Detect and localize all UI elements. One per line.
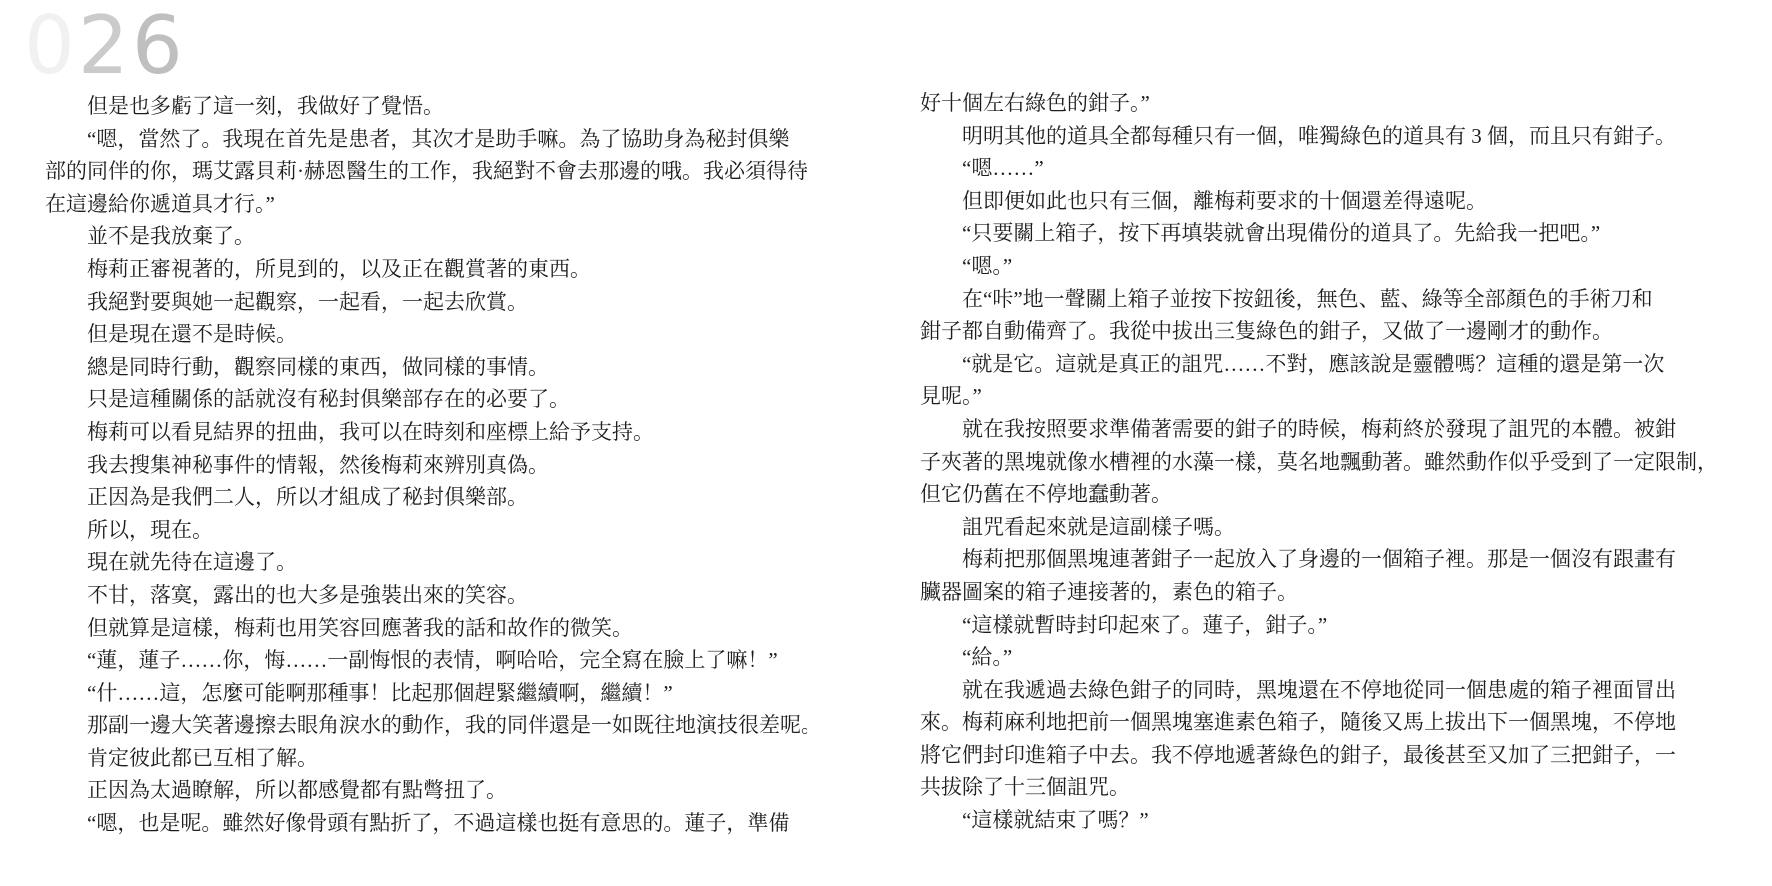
text-line: “蓮，蓮子……你，悔……一副悔恨的表情，啊哈哈，完全寫在臉上了嘛！” <box>45 644 807 677</box>
text-line: 不甘，落寞，露出的也大多是強裝出來的笑容。 <box>45 579 807 612</box>
text-line: “嗯。” <box>920 250 1720 283</box>
text-line: 梅莉正審視著的，所見到的，以及正在觀賞著的東西。 <box>45 253 807 286</box>
text-line: 來。梅莉麻利地把前一個黑塊塞進素色箱子，隨後又馬上拔出下一個黑塊，不停地 <box>920 706 1720 739</box>
text-line: 那副一邊大笑著邊擦去眼角淚水的動作，我的同伴還是一如既往地演技很差呢。 <box>45 709 807 742</box>
text-line: “這樣就暫時封印起來了。蓮子，鉗子。” <box>920 609 1720 642</box>
text-line: 就在我遞過去綠色鉗子的同時，黑塊還在不停地從同一個患處的箱子裡面冒出 <box>920 674 1720 707</box>
page-number-digit: 6 <box>132 0 186 92</box>
text-line: 梅莉可以看見結界的扭曲，我可以在時刻和座標上給予支持。 <box>45 416 807 449</box>
text-line: 將它們封印進箱子中去。我不停地遞著綠色的鉗子，最後甚至又加了三把鉗子，一 <box>920 739 1720 772</box>
text-line: 好十個左右綠色的鉗子。” <box>920 87 1720 120</box>
text-line: 在這邊給你遞道具才行。” <box>45 188 807 221</box>
text-line: “這樣就結束了嗎？” <box>920 804 1720 837</box>
text-line: “嗯……” <box>920 152 1720 185</box>
left-page: 但是也多虧了這一刻，我做好了覺悟。“嗯，當然了。我現在首先是患者，其次才是助手嘛… <box>45 90 807 840</box>
text-line: 現在就先待在這邊了。 <box>45 546 807 579</box>
text-line: 總是同時行動，觀察同樣的東西，做同樣的事情。 <box>45 351 807 384</box>
text-line: 並不是我放棄了。 <box>45 220 807 253</box>
text-line: 但是也多虧了這一刻，我做好了覺悟。 <box>45 90 807 123</box>
text-line: 在“咔”地一聲關上箱子並按下按鈕後，無色、藍、綠等全部顏色的手術刀和 <box>920 283 1720 316</box>
text-line: 但它仍舊在不停地蠢動著。 <box>920 478 1720 511</box>
text-line: 見呢。” <box>920 380 1720 413</box>
text-line: “什……這，怎麼可能啊那種事！比起那個趕緊繼續啊，繼續！” <box>45 677 807 710</box>
text-line: 共拔除了十三個詛咒。 <box>920 771 1720 804</box>
text-line: 子夾著的黑塊就像水槽裡的水藻一樣，莫名地飄動著。雖然動作似乎受到了一定限制， <box>920 446 1720 479</box>
text-line: “就是它。這就是真正的詛咒……不對，應該說是靈體嗎？這種的還是第一次 <box>920 348 1720 381</box>
text-line: 就在我按照要求準備著需要的鉗子的時候，梅莉終於發現了詛咒的本體。被鉗 <box>920 413 1720 446</box>
text-line: “只要關上箱子，按下再填裝就會出現備份的道具了。先給我一把吧。” <box>920 217 1720 250</box>
text-line: 但即便如此也只有三個，離梅莉要求的十個還差得遠呢。 <box>920 185 1720 218</box>
text-line: 臟器圖案的箱子連接著的，素色的箱子。 <box>920 576 1720 609</box>
text-line: 我去搜集神秘事件的情報，然後梅莉來辨別真偽。 <box>45 449 807 482</box>
page-number: 026 <box>24 6 186 86</box>
text-line: “嗯，也是呢。雖然好像骨頭有點折了，不過這樣也挺有意思的。蓮子，準備 <box>45 807 807 840</box>
text-line: 只是這種關係的話就沒有秘封俱樂部存在的必要了。 <box>45 383 807 416</box>
text-line: 詛咒看起來就是這副樣子嗎。 <box>920 511 1720 544</box>
text-line: 梅莉把那個黑塊連著鉗子一起放入了身邊的一個箱子裡。那是一個沒有跟畫有 <box>920 543 1720 576</box>
right-page: 好十個左右綠色的鉗子。”明明其他的道具全都每種只有一個，唯獨綠色的道具有 3 個… <box>920 87 1720 837</box>
text-line: “嗯，當然了。我現在首先是患者，其次才是助手嘛。為了協助身為秘封俱樂 <box>45 123 807 156</box>
text-line: 正因為是我們二人，所以才組成了秘封俱樂部。 <box>45 481 807 514</box>
text-line: 部的同伴的你，瑪艾露貝莉·赫恩醫生的工作，我絕對不會去那邊的哦。我必須得待 <box>45 155 807 188</box>
text-line: 所以，現在。 <box>45 514 807 547</box>
text-line: 但是現在還不是時候。 <box>45 318 807 351</box>
text-line: 正因為太過瞭解，所以都感覺都有點彆扭了。 <box>45 774 807 807</box>
text-line: 明明其他的道具全都每種只有一個，唯獨綠色的道具有 3 個，而且只有鉗子。 <box>920 120 1720 153</box>
text-line: “給。” <box>920 641 1720 674</box>
text-line: 我絕對要與她一起觀察，一起看，一起去欣賞。 <box>45 286 807 319</box>
text-line: 肯定彼此都已互相了解。 <box>45 742 807 775</box>
text-line: 但就算是這樣，梅莉也用笑容回應著我的話和故作的微笑。 <box>45 612 807 645</box>
page-number-digit: 2 <box>78 0 132 92</box>
page-number-digit: 0 <box>24 0 78 92</box>
text-line: 鉗子都自動備齊了。我從中拔出三隻綠色的鉗子，又做了一邊剛才的動作。 <box>920 315 1720 348</box>
